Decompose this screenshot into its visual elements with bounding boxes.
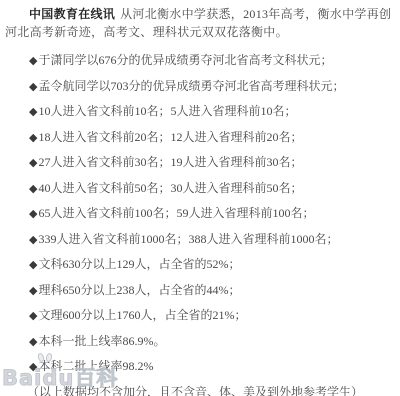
bullet-text: 339人进入省文科前1000名；388人进入省理科前1000名； [38,232,338,246]
bullet-item: ◆18人进入省文科前20名；12人进入省理科前20名； [5,125,394,151]
bullet-item: ◆27人进入省文科前30名；19人进入省理科前30名； [5,150,394,176]
bullet-list: ◆于潇同学以676分的优异成绩勇夺河北省高考文科状元； ◆孟令航同学以703分的… [5,48,394,380]
bullet-item: ◆339人进入省文科前1000名；388人进入省理科前1000名； [5,227,394,253]
bullet-text: 文科630分以上129人，占全省的52%； [38,257,240,271]
diamond-bullet-icon: ◆ [29,233,37,246]
bullet-item: ◆40人进入省文科前50名；30人进入省理科前50名； [5,176,394,202]
diamond-bullet-icon: ◆ [29,182,37,195]
bullet-text: 文理600分以上1760人，占全省的21%； [38,308,246,322]
diamond-bullet-icon: ◆ [29,335,37,348]
diamond-bullet-icon: ◆ [29,309,37,322]
bullet-item: ◆孟令航同学以703分的优异成绩勇夺河北省高考理科状元； [5,74,394,100]
article: 中国教育在线讯从河北衡水中学获悉，2013年高考，衡水中学再创河北高考新奇迹，高… [0,0,400,396]
bullet-item: ◆10人进入省文科前10名；5人进入省理科前10名； [5,99,394,125]
bullet-item: ◆本科二批上线率98.2% [5,354,394,380]
bullet-item: ◆理科650分以上238人，占全省的44%； [5,278,394,304]
diamond-bullet-icon: ◆ [29,54,37,67]
bullet-item: ◆65人进入省文科前100名；59人进入省理科前100名； [5,201,394,227]
bullet-text: 于潇同学以676分的优异成绩勇夺河北省高考文科状元； [38,53,332,67]
bullet-text: 本科二批上线率98.2% [38,359,153,373]
diamond-bullet-icon: ◆ [29,360,37,373]
bullet-text: 本科一批上线率86.9%。 [38,334,165,348]
diamond-bullet-icon: ◆ [29,284,37,297]
diamond-bullet-icon: ◆ [29,131,37,144]
bullet-item: ◆文理600分以上1760人，占全省的21%； [5,303,394,329]
bullet-item: ◆于潇同学以676分的优异成绩勇夺河北省高考文科状元； [5,48,394,74]
footnote: （以上数据均不含加分，且不含音、体、美及到外地参考学生） [5,380,394,396]
source-label: 中国教育在线讯 [29,7,115,21]
diamond-bullet-icon: ◆ [29,258,37,271]
bullet-text: 65人进入省文科前100名；59人进入省理科前100名； [38,206,314,220]
bullet-text: 18人进入省文科前20名；12人进入省理科前20名； [38,130,302,144]
bullet-text: 27人进入省文科前30名；19人进入省理科前30名； [38,155,302,169]
bullet-text: 10人进入省文科前10名；5人进入省理科前10名； [38,104,296,118]
bullet-item: ◆文科630分以上129人，占全省的52%； [5,252,394,278]
bullet-item: ◆本科一批上线率86.9%。 [5,329,394,355]
bullet-text: 理科650分以上238人，占全省的44%； [38,283,240,297]
intro-paragraph: 中国教育在线讯从河北衡水中学获悉，2013年高考，衡水中学再创河北高考新奇迹，高… [5,5,394,41]
diamond-bullet-icon: ◆ [29,80,37,93]
bullet-text: 40人进入省文科前50名；30人进入省理科前50名； [38,181,302,195]
bullet-text: 孟令航同学以703分的优异成绩勇夺河北省高考理科状元； [38,79,344,93]
diamond-bullet-icon: ◆ [29,105,37,118]
diamond-bullet-icon: ◆ [29,207,37,220]
diamond-bullet-icon: ◆ [29,156,37,169]
